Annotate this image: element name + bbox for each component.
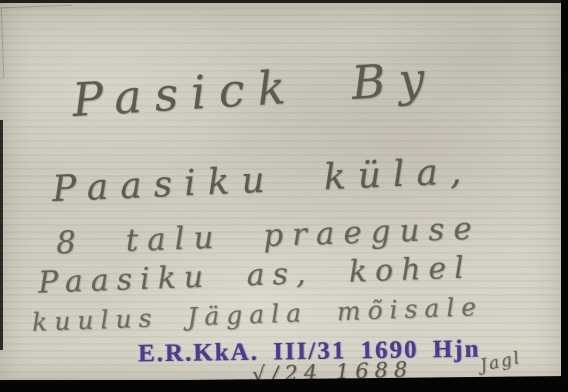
scan-edge-right (561, 0, 568, 392)
pencil-signature: Jagl (478, 348, 523, 376)
handwritten-line-4: kuulus Jägala mõisale (32, 292, 484, 337)
handwritten-line-1: Paasiku küla, (51, 151, 474, 210)
scanned-card-image: Pasick By Paasiku küla, 8 talu praeguse … (0, 0, 568, 392)
scan-edge-top (0, 0, 568, 3)
handwritten-title: Pasick By (71, 51, 439, 127)
scan-edge-left (0, 120, 3, 350)
index-card-paper: Pasick By Paasiku küla, 8 talu praeguse … (0, 0, 562, 380)
paper-corner-crease (1, 5, 74, 78)
